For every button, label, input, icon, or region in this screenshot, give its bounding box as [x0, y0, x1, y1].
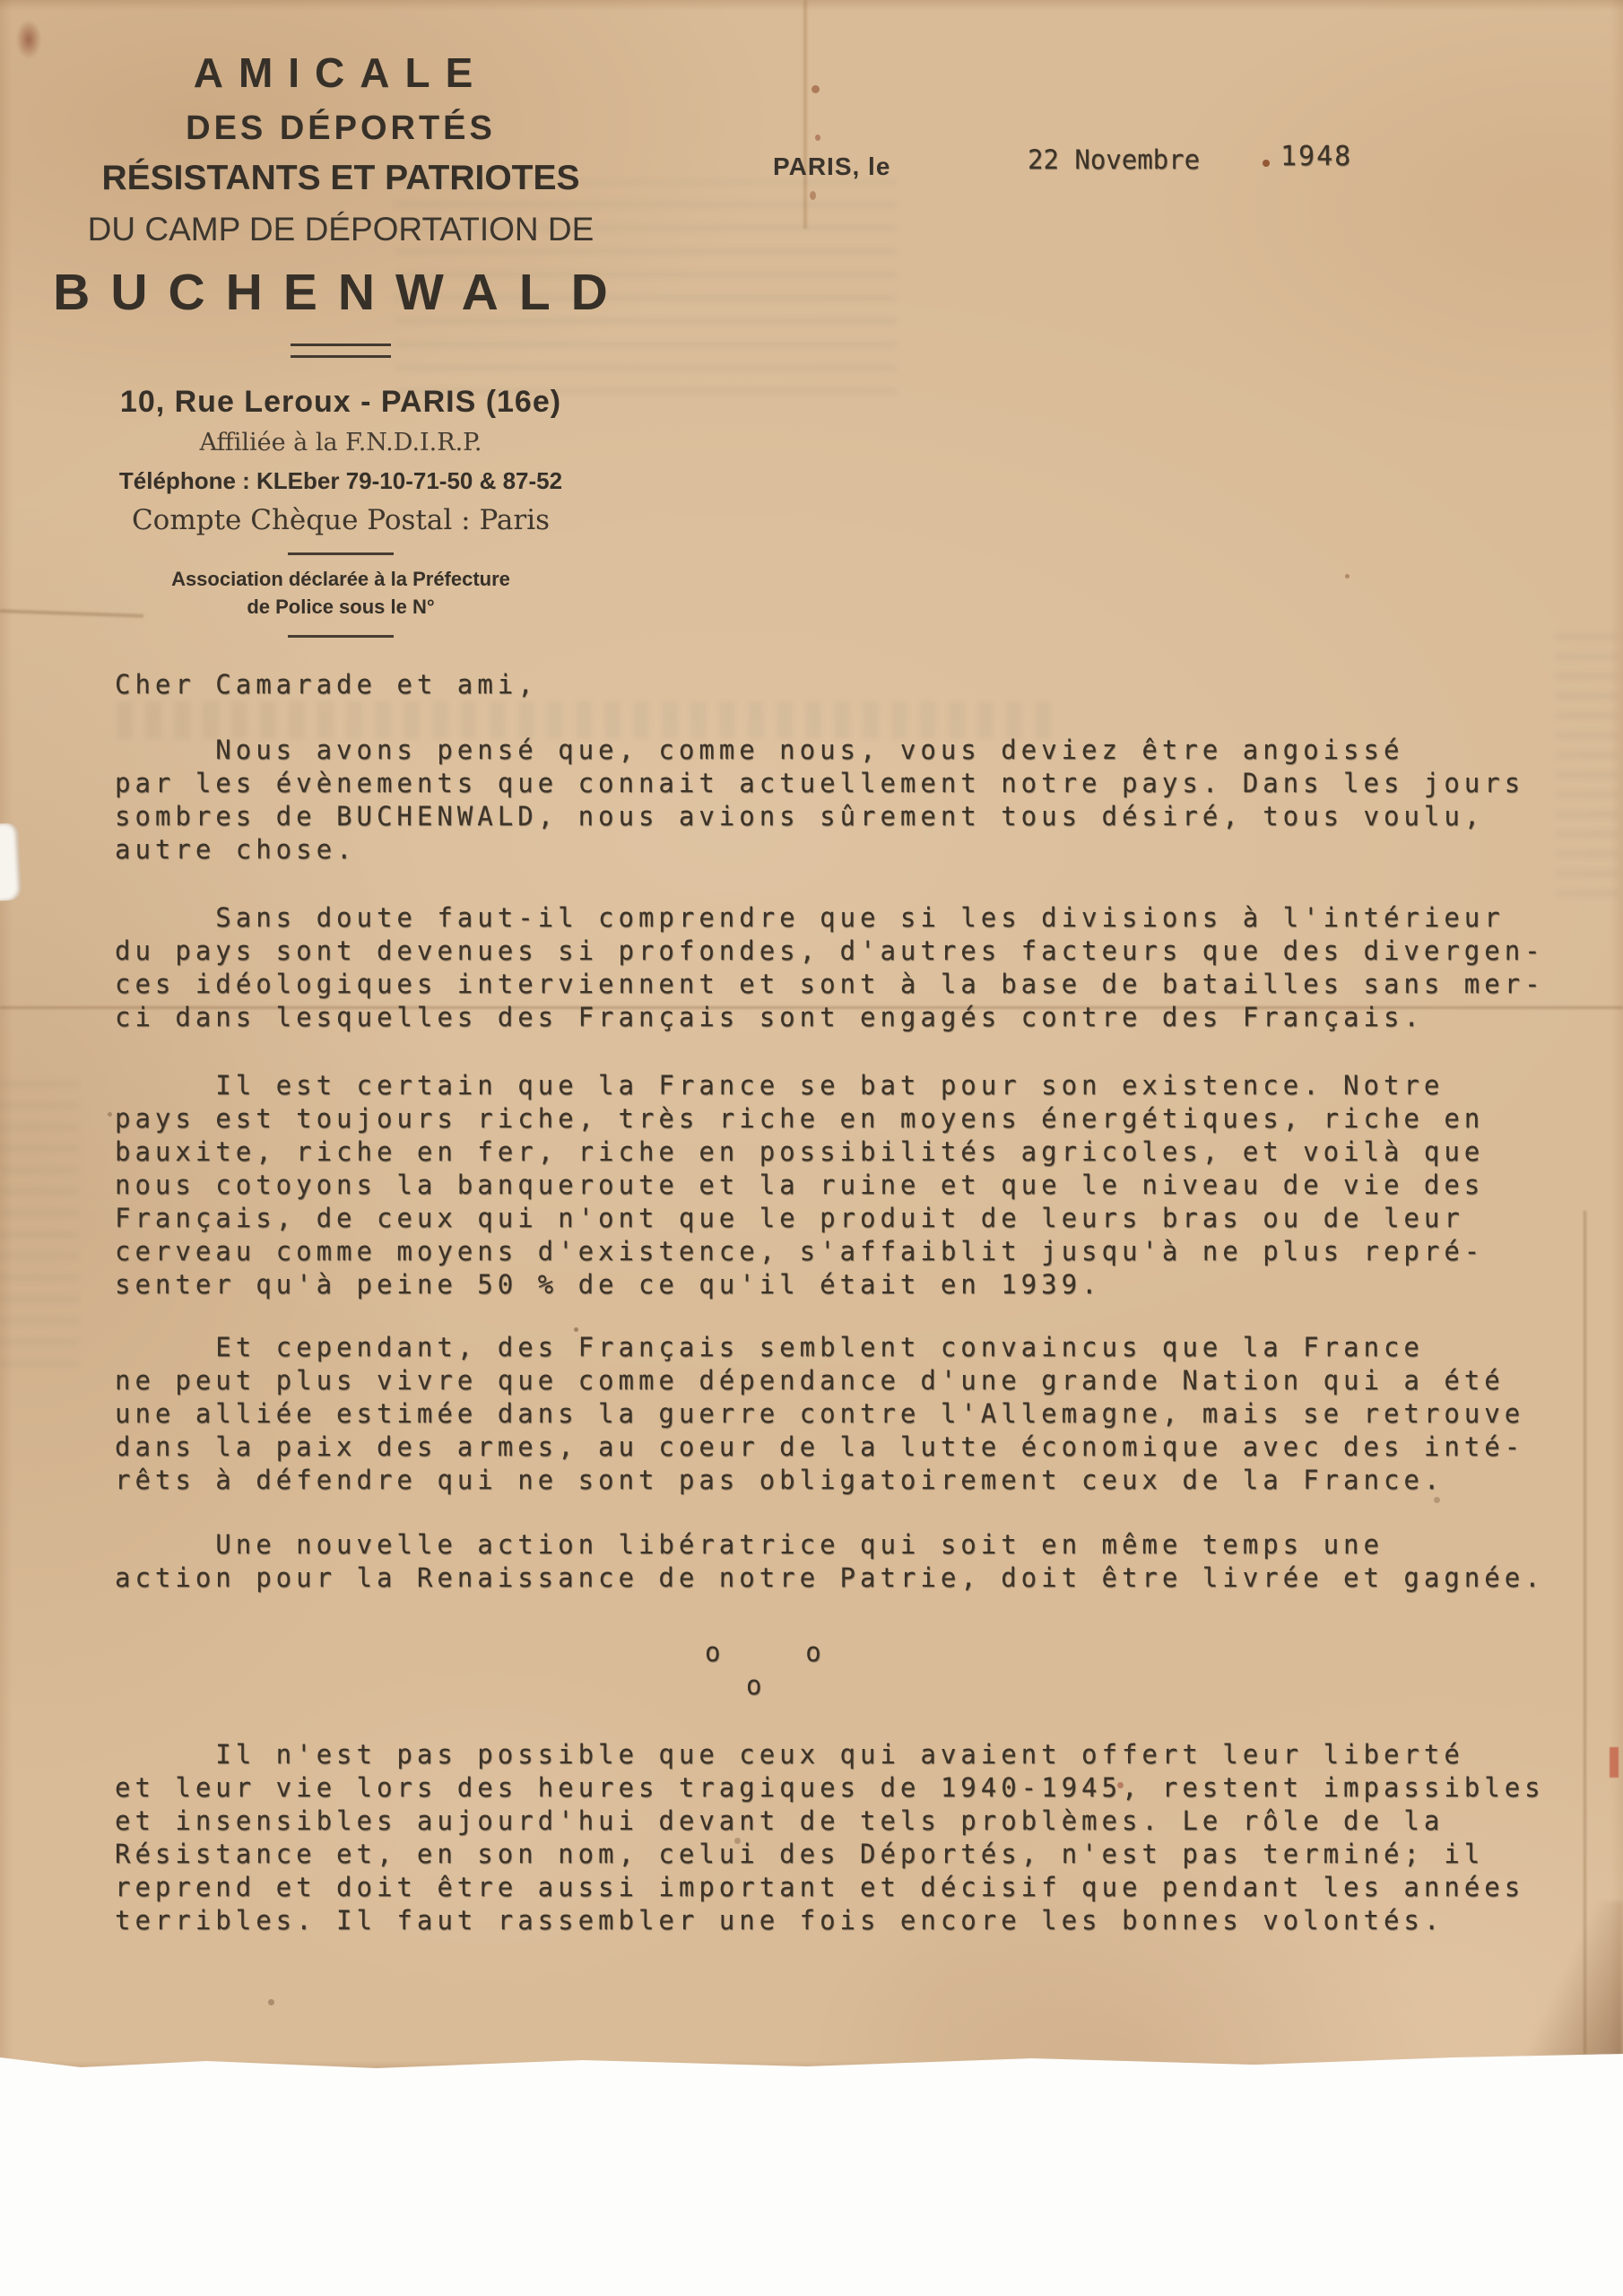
dateline-year: 1948: [1280, 140, 1352, 173]
corner-stain: [16, 20, 41, 59]
letterhead-double-rule: [291, 344, 391, 358]
letterhead: AMICALE DES DÉPORTÉS RÉSISTANTS ET PATRI…: [45, 48, 637, 638]
org-name-buchenwald: BUCHENWALD: [45, 263, 637, 322]
affiliation-line: Affiliée à la F.N.D.I.R.P.: [45, 429, 637, 457]
ink-bleedthrough: [0, 1072, 79, 1368]
dateline-day-month: 22 Novembre: [1028, 143, 1200, 177]
org-name-line-3: RÉSISTANTS ET PATRIOTES: [45, 159, 637, 198]
stain-dot: [815, 135, 820, 141]
salutation: Cher Camarade et ami,: [115, 668, 1585, 701]
edge-tear: [0, 822, 22, 900]
paragraph-4: Et cependant, des Français semblent conv…: [115, 1331, 1585, 1497]
letter-paper: AMICALE DES DÉPORTÉS RÉSISTANTS ET PATRI…: [0, 0, 1623, 2075]
stain-dot: [811, 85, 820, 93]
paragraph-6: Il n'est pas possible que ceux qui avaie…: [115, 1738, 1585, 1937]
paragraph-1: Nous avons pensé que, comme nous, vous d…: [115, 734, 1585, 866]
scanned-letter-screenshot: { "letterhead": { "line1": "AMICALE", "l…: [0, 0, 1623, 2296]
paragraph-2: Sans doute faut-il comprendre que si les…: [115, 901, 1585, 1034]
declaration-line-2: de Police sous le N°: [45, 596, 637, 619]
org-name-line-2: DES DÉPORTÉS: [45, 109, 637, 148]
section-separator: o o o: [115, 1636, 1585, 1702]
separator-bottom-row: o: [705, 1669, 1585, 1702]
stain-dot: [1263, 160, 1270, 167]
separator-top-row: o o: [705, 1636, 1585, 1669]
vertical-fold-crease: [803, 0, 807, 229]
letter-body: Cher Camarade et ami, Nous avons pensé q…: [115, 668, 1585, 1937]
red-ink-mark: [1610, 1747, 1619, 1778]
letterhead-rule: [288, 552, 394, 555]
declaration-line-1: Association déclarée à la Préfecture: [45, 568, 637, 591]
paragraph-3: Il est certain que la France se bat pour…: [115, 1069, 1585, 1301]
street-address: 10, Rue Leroux - PARIS (16e): [45, 385, 637, 420]
org-name-line-1: AMICALE: [45, 48, 637, 97]
letterhead-rule: [288, 635, 394, 638]
org-name-line-4: DU CAMP DE DÉPORTATION DE: [45, 211, 637, 248]
stain-dot: [810, 191, 816, 200]
postal-account-line: Compte Chèque Postal : Paris: [45, 504, 637, 536]
dateline-place: PARIS, le: [773, 152, 890, 181]
phone-line: Téléphone : KLEber 79-10-71-50 & 87-52: [45, 467, 637, 495]
paragraph-5: Une nouvelle action libératrice qui soit…: [115, 1528, 1585, 1595]
